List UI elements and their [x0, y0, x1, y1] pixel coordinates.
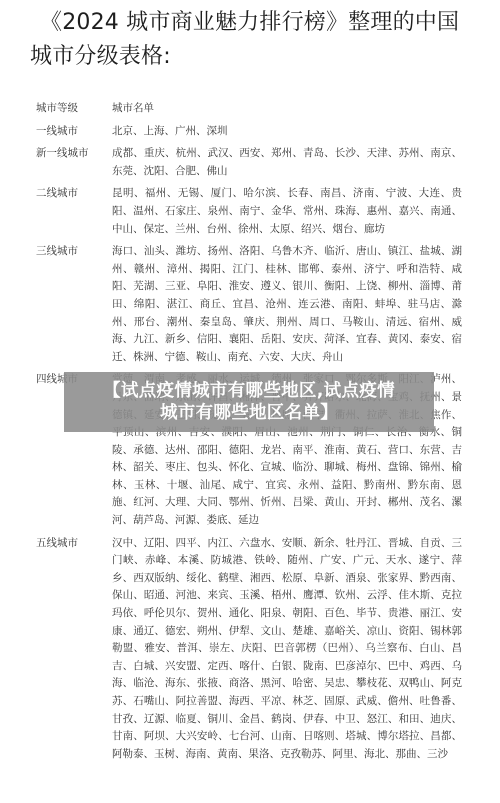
- city-list: 北京、上海、广州、深圳: [112, 123, 470, 141]
- tier-label: 二线城市: [30, 185, 112, 203]
- tier-label: 三线城市: [30, 243, 112, 261]
- overlay-caption-banner: 【试点疫情城市有哪些地区,试点疫情 城市有哪些地区名单】: [64, 372, 434, 432]
- title-line-1: 《2024 城市商业魅力排行榜》整理的中国: [30, 6, 480, 40]
- table-header-row: 城市等级 城市名单: [30, 100, 470, 118]
- city-list: 汉中、辽阳、四平、内江、六盘水、安顺、新余、牡丹江、晋城、自贡、三门峡、赤峰、本…: [112, 535, 470, 764]
- table-row-tier-3: 三线城市 海口、汕头、潍坊、扬州、洛阳、乌鲁木齐、临沂、唐山、镇江、盐城、湖州、…: [30, 243, 470, 366]
- tier-label: 一线城市: [30, 123, 112, 141]
- banner-line-2: 城市有哪些地区名单】: [160, 402, 338, 424]
- city-list: 昆明、福州、无锡、厦门、哈尔滨、长春、南昌、济南、宁波、大连、贵阳、温州、石家庄…: [112, 185, 470, 238]
- tier-label: 新一线城市: [30, 145, 112, 163]
- header-tier: 城市等级: [30, 100, 112, 118]
- banner-line-1: 【试点疫情城市有哪些地区,试点疫情: [103, 380, 395, 402]
- header-cities: 城市名单: [112, 100, 470, 118]
- table-row-tier-2: 二线城市 昆明、福州、无锡、厦门、哈尔滨、长春、南昌、济南、宁波、大连、贵阳、温…: [30, 185, 470, 238]
- city-list: 海口、汕头、潍坊、扬州、洛阳、乌鲁木齐、临沂、唐山、镇江、盐城、湖州、赣州、漳州…: [112, 243, 470, 366]
- document-title: 《2024 城市商业魅力排行榜》整理的中国 城市分级表格:: [30, 6, 480, 74]
- city-list: 成都、重庆、杭州、武汉、西安、郑州、青岛、长沙、天津、苏州、南京、东莞、沈阳、合…: [112, 145, 470, 180]
- table-row-new-tier-1: 新一线城市 成都、重庆、杭州、武汉、西安、郑州、青岛、长沙、天津、苏州、南京、东…: [30, 145, 470, 180]
- table-row-tier-5: 五线城市 汉中、辽阳、四平、内江、六盘水、安顺、新余、牡丹江、晋城、自贡、三门峡…: [30, 535, 470, 764]
- city-tier-table: 城市等级 城市名单 一线城市 北京、上海、广州、深圳 新一线城市 成都、重庆、杭…: [30, 100, 470, 768]
- tier-label: 五线城市: [30, 535, 112, 553]
- title-line-2: 城市分级表格:: [30, 40, 480, 74]
- table-row-tier-1: 一线城市 北京、上海、广州、深圳: [30, 123, 470, 141]
